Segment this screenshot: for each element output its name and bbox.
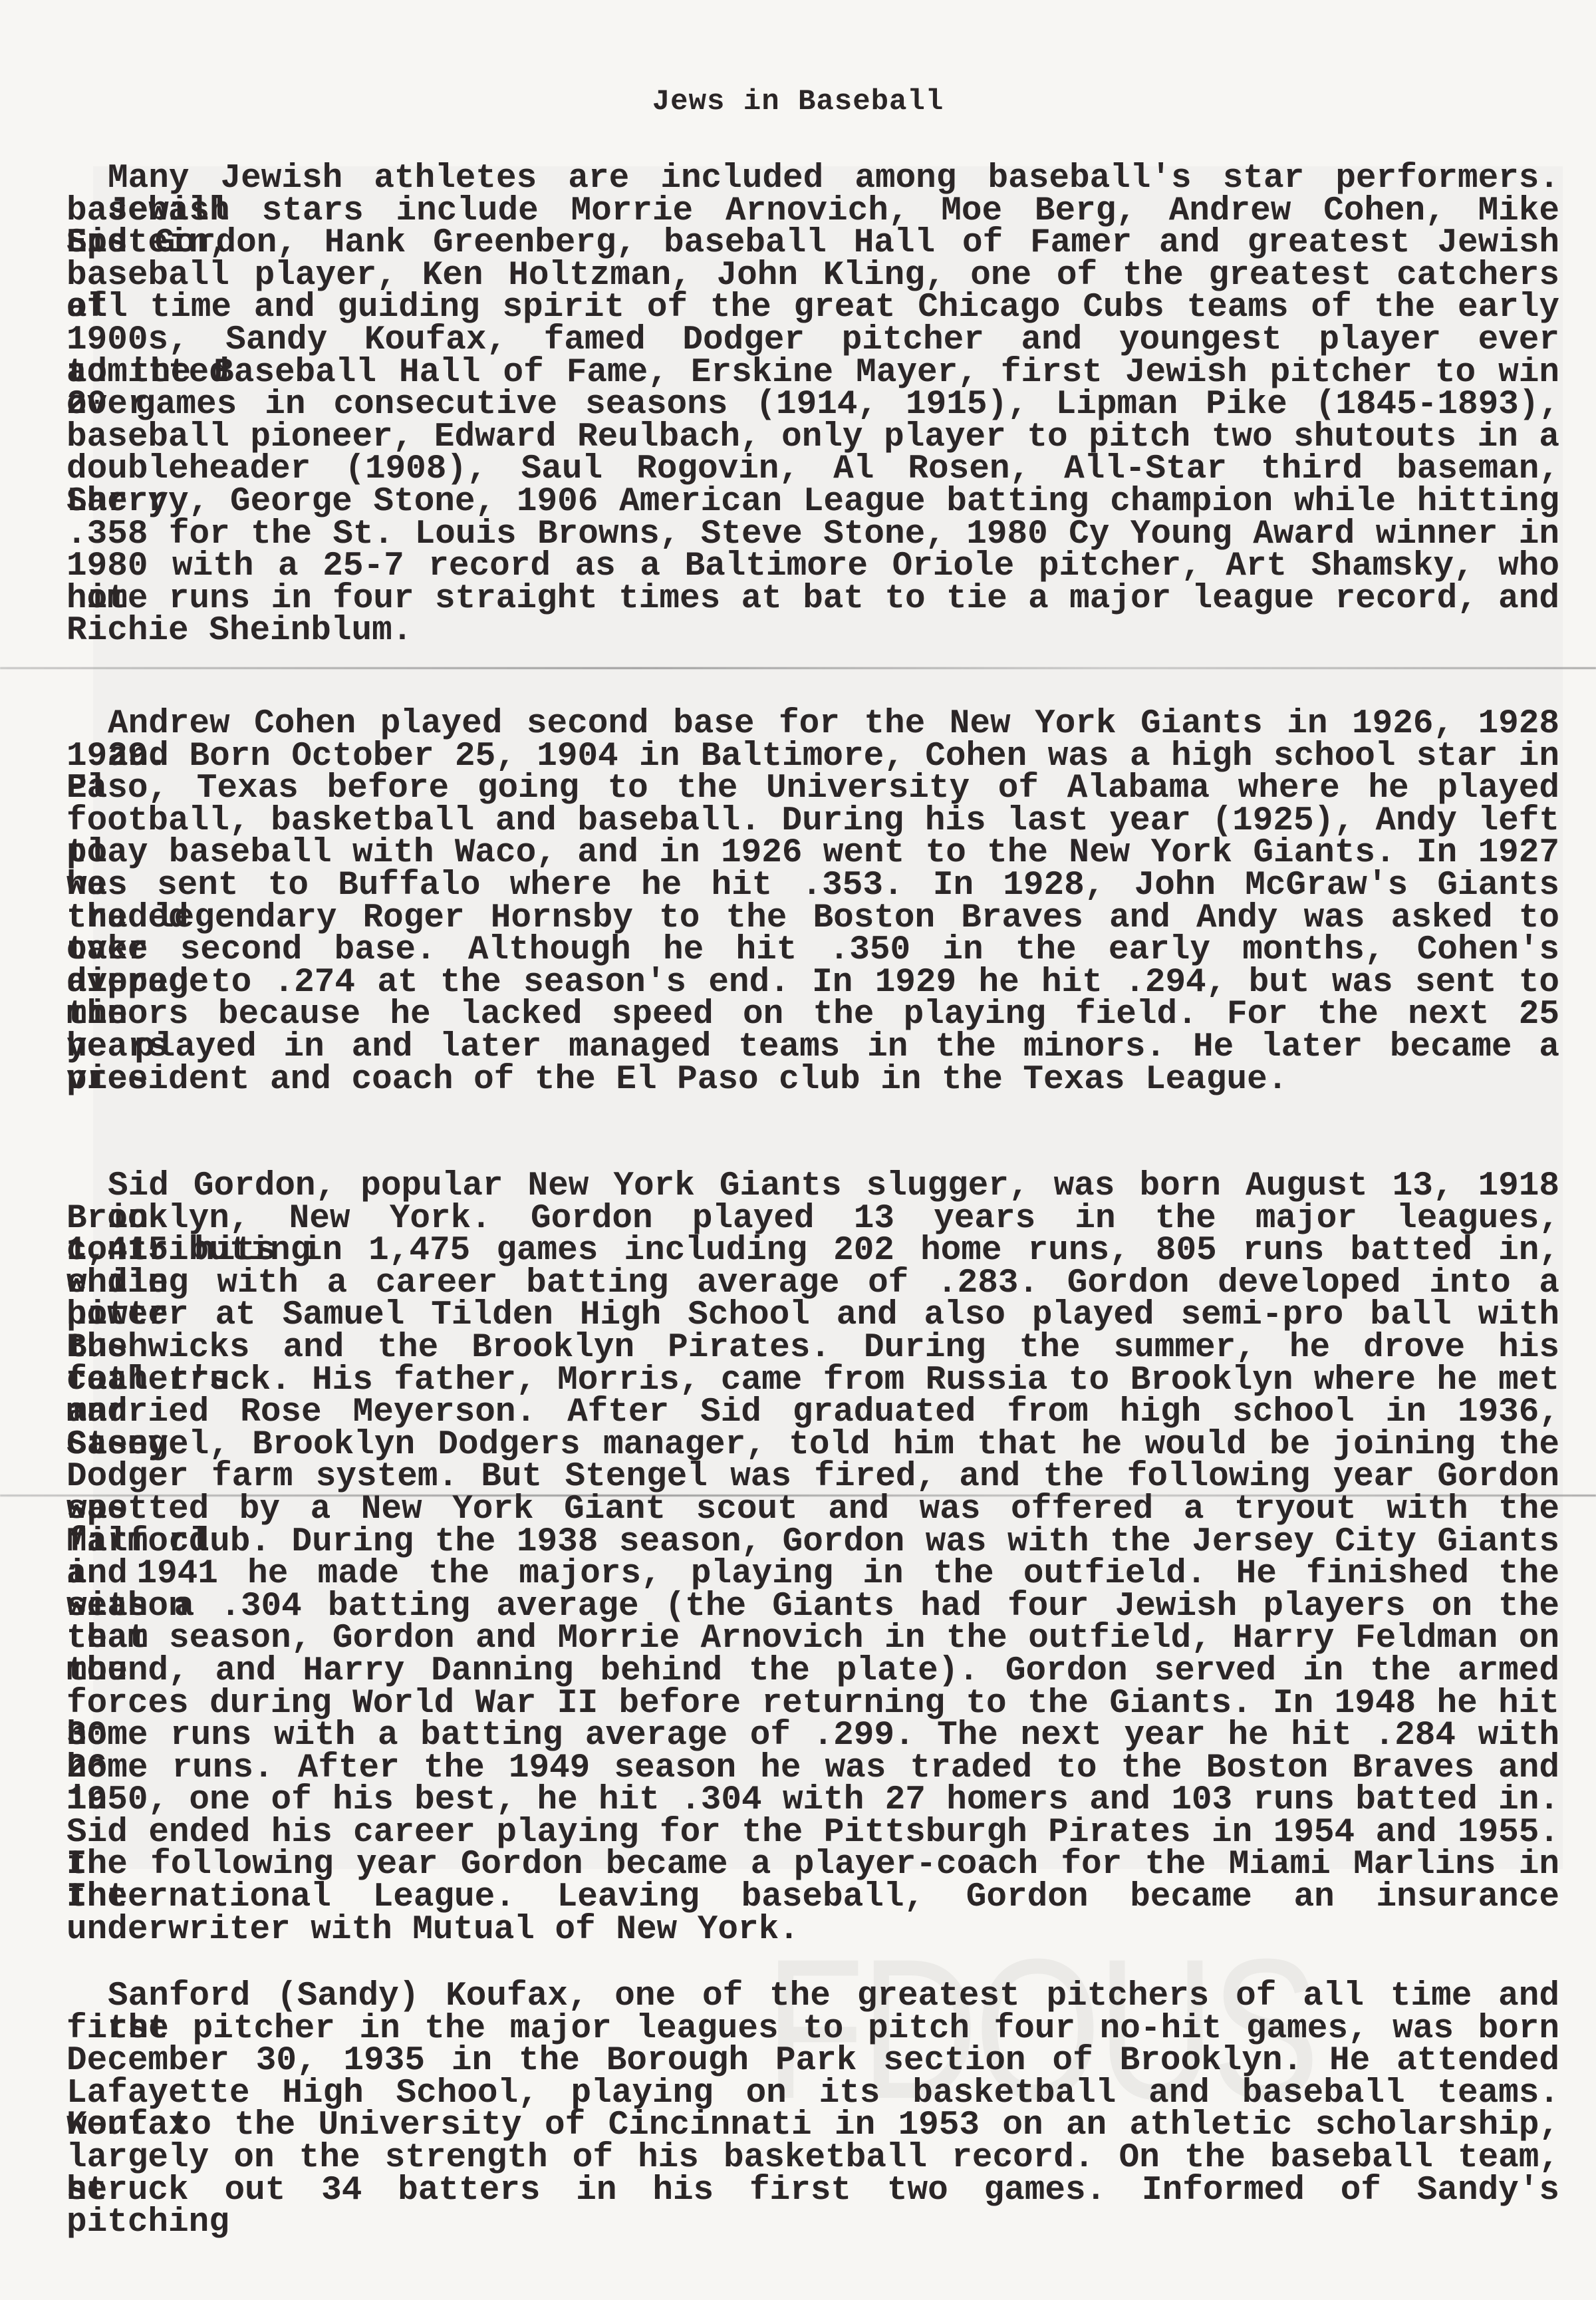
text-line: Sanford (Sandy) Koufax, one of the great… — [66, 1981, 1559, 2013]
text-line: he played in and later managed teams in … — [66, 1032, 1559, 1064]
text-line: December 30, 1935 in the Borough Park se… — [66, 2045, 1559, 2078]
paragraph-intro: Many Jewish athletes are included among … — [66, 163, 1559, 648]
text-line: Bushwicks and the Brooklyn Pirates. Duri… — [66, 1332, 1559, 1365]
text-line: Sid ended his career playing for the Pit… — [66, 1817, 1559, 1850]
text-line: football, basketball and baseball. Durin… — [66, 805, 1559, 838]
text-line: forces during World War II before return… — [66, 1688, 1559, 1721]
text-line: minors because he lacked speed on the pl… — [66, 999, 1559, 1032]
text-line: baseball pioneer, Edward Reulbach, only … — [66, 422, 1559, 454]
text-line: president and coach of the El Paso club … — [66, 1064, 1559, 1097]
text-line: 20 games in consecutive seasons (1914, 1… — [66, 389, 1559, 422]
text-line: in 1941 he made the majors, playing in t… — [66, 1558, 1559, 1591]
text-line: .358 for the St. Louis Browns, Steve Sto… — [66, 519, 1559, 551]
text-line: was sent to Buffalo where he hit .353. I… — [66, 870, 1559, 903]
document-title: Jews in Baseball — [0, 85, 1596, 118]
paragraph-andrew-cohen: Andrew Cohen played second base for the … — [66, 708, 1559, 1096]
text-line: Sid Gordon, Hank Greenberg, baseball Hal… — [66, 227, 1559, 260]
text-line: first pitcher in the major leagues to pi… — [66, 2013, 1559, 2046]
paper-fold-line — [0, 667, 1596, 669]
text-line: mound, and Harry Danning behind the plat… — [66, 1655, 1559, 1688]
text-line: baseball stars include Morrie Arnovich, … — [66, 196, 1559, 228]
paragraph-sandy-koufax: Sanford (Sandy) Koufax, one of the great… — [66, 1981, 1559, 2207]
text-line: largely on the strength of his basketbal… — [66, 2142, 1559, 2175]
text-line: Lafayette High School, playing on its ba… — [66, 2078, 1559, 2110]
text-line: all time and guiding spirit of the great… — [66, 292, 1559, 325]
text-line: Many Jewish athletes are included among … — [66, 163, 1559, 196]
text-line: went to the University of Cincinnati in … — [66, 2110, 1559, 2142]
text-line: dipped to .274 at the season's end. In 1… — [66, 967, 1559, 1000]
text-line: Paso, Texas before going to the Universi… — [66, 773, 1559, 805]
text-line: married Rose Meyerson. After Sid graduat… — [66, 1397, 1559, 1429]
text-line: Andrew Cohen played second base for the … — [66, 708, 1559, 741]
text-line: play baseball with Waco, and in 1926 wen… — [66, 837, 1559, 870]
text-line: the following year Gordon became a playe… — [66, 1849, 1559, 1882]
text-line: home runs. After the 1949 season he was … — [66, 1753, 1559, 1785]
text-line: the legendary Roger Hornsby to the Bosto… — [66, 903, 1559, 935]
text-line: ending with a career batting average of … — [66, 1268, 1559, 1300]
text-line: with a .304 batting average (the Giants … — [66, 1591, 1559, 1624]
text-line: 1929. Born October 25, 1904 in Baltimore… — [66, 741, 1559, 774]
text-line: Brooklyn, New York. Gordon played 13 yea… — [66, 1203, 1559, 1236]
text-line: that season, Gordon and Morrie Arnovich … — [66, 1623, 1559, 1655]
text-line: Richie Sheinblum. — [66, 615, 1559, 648]
text-line: Stengel, Brooklyn Dodgers manager, told … — [66, 1429, 1559, 1462]
text-line: hitter at Samuel Tilden High School and … — [66, 1300, 1559, 1332]
text-line: spotted by a New York Giant scout and wa… — [66, 1494, 1559, 1526]
text-line: International League. Leaving baseball, … — [66, 1882, 1559, 1914]
text-line: Sid Gordon, popular New York Giants slug… — [66, 1171, 1559, 1203]
text-line: 1,415 hits in 1,475 games including 202 … — [66, 1235, 1559, 1268]
text-line: to the Baseball Hall of Fame, Erskine Ma… — [66, 357, 1559, 390]
text-line: 1980 with a 25-7 record as a Baltimore O… — [66, 551, 1559, 583]
text-line: home runs in four straight times at bat … — [66, 583, 1559, 616]
text-line: home runs with a batting average of .299… — [66, 1720, 1559, 1753]
text-line: Sherry, George Stone, 1906 American Leag… — [66, 486, 1559, 519]
text-line: farm club. During the 1938 season, Gordo… — [66, 1526, 1559, 1559]
paragraph-sid-gordon: Sid Gordon, popular New York Giants slug… — [66, 1171, 1559, 1946]
text-line: over second base. Although he hit .350 i… — [66, 934, 1559, 967]
text-line: underwriter with Mutual of New York. — [66, 1914, 1559, 1947]
text-line: struck out 34 batters in his first two g… — [66, 2175, 1559, 2208]
text-line: 1900s, Sandy Koufax, famed Dodger pitche… — [66, 325, 1559, 357]
text-line: baseball player, Ken Holtzman, John Klin… — [66, 260, 1559, 293]
text-line: Dodger farm system. But Stengel was fire… — [66, 1461, 1559, 1494]
text-line: 1950, one of his best, he hit .304 with … — [66, 1785, 1559, 1817]
text-line: doubleheader (1908), Saul Rogovin, Al Ro… — [66, 454, 1559, 486]
text-line: coal truck. His father, Morris, came fro… — [66, 1365, 1559, 1397]
